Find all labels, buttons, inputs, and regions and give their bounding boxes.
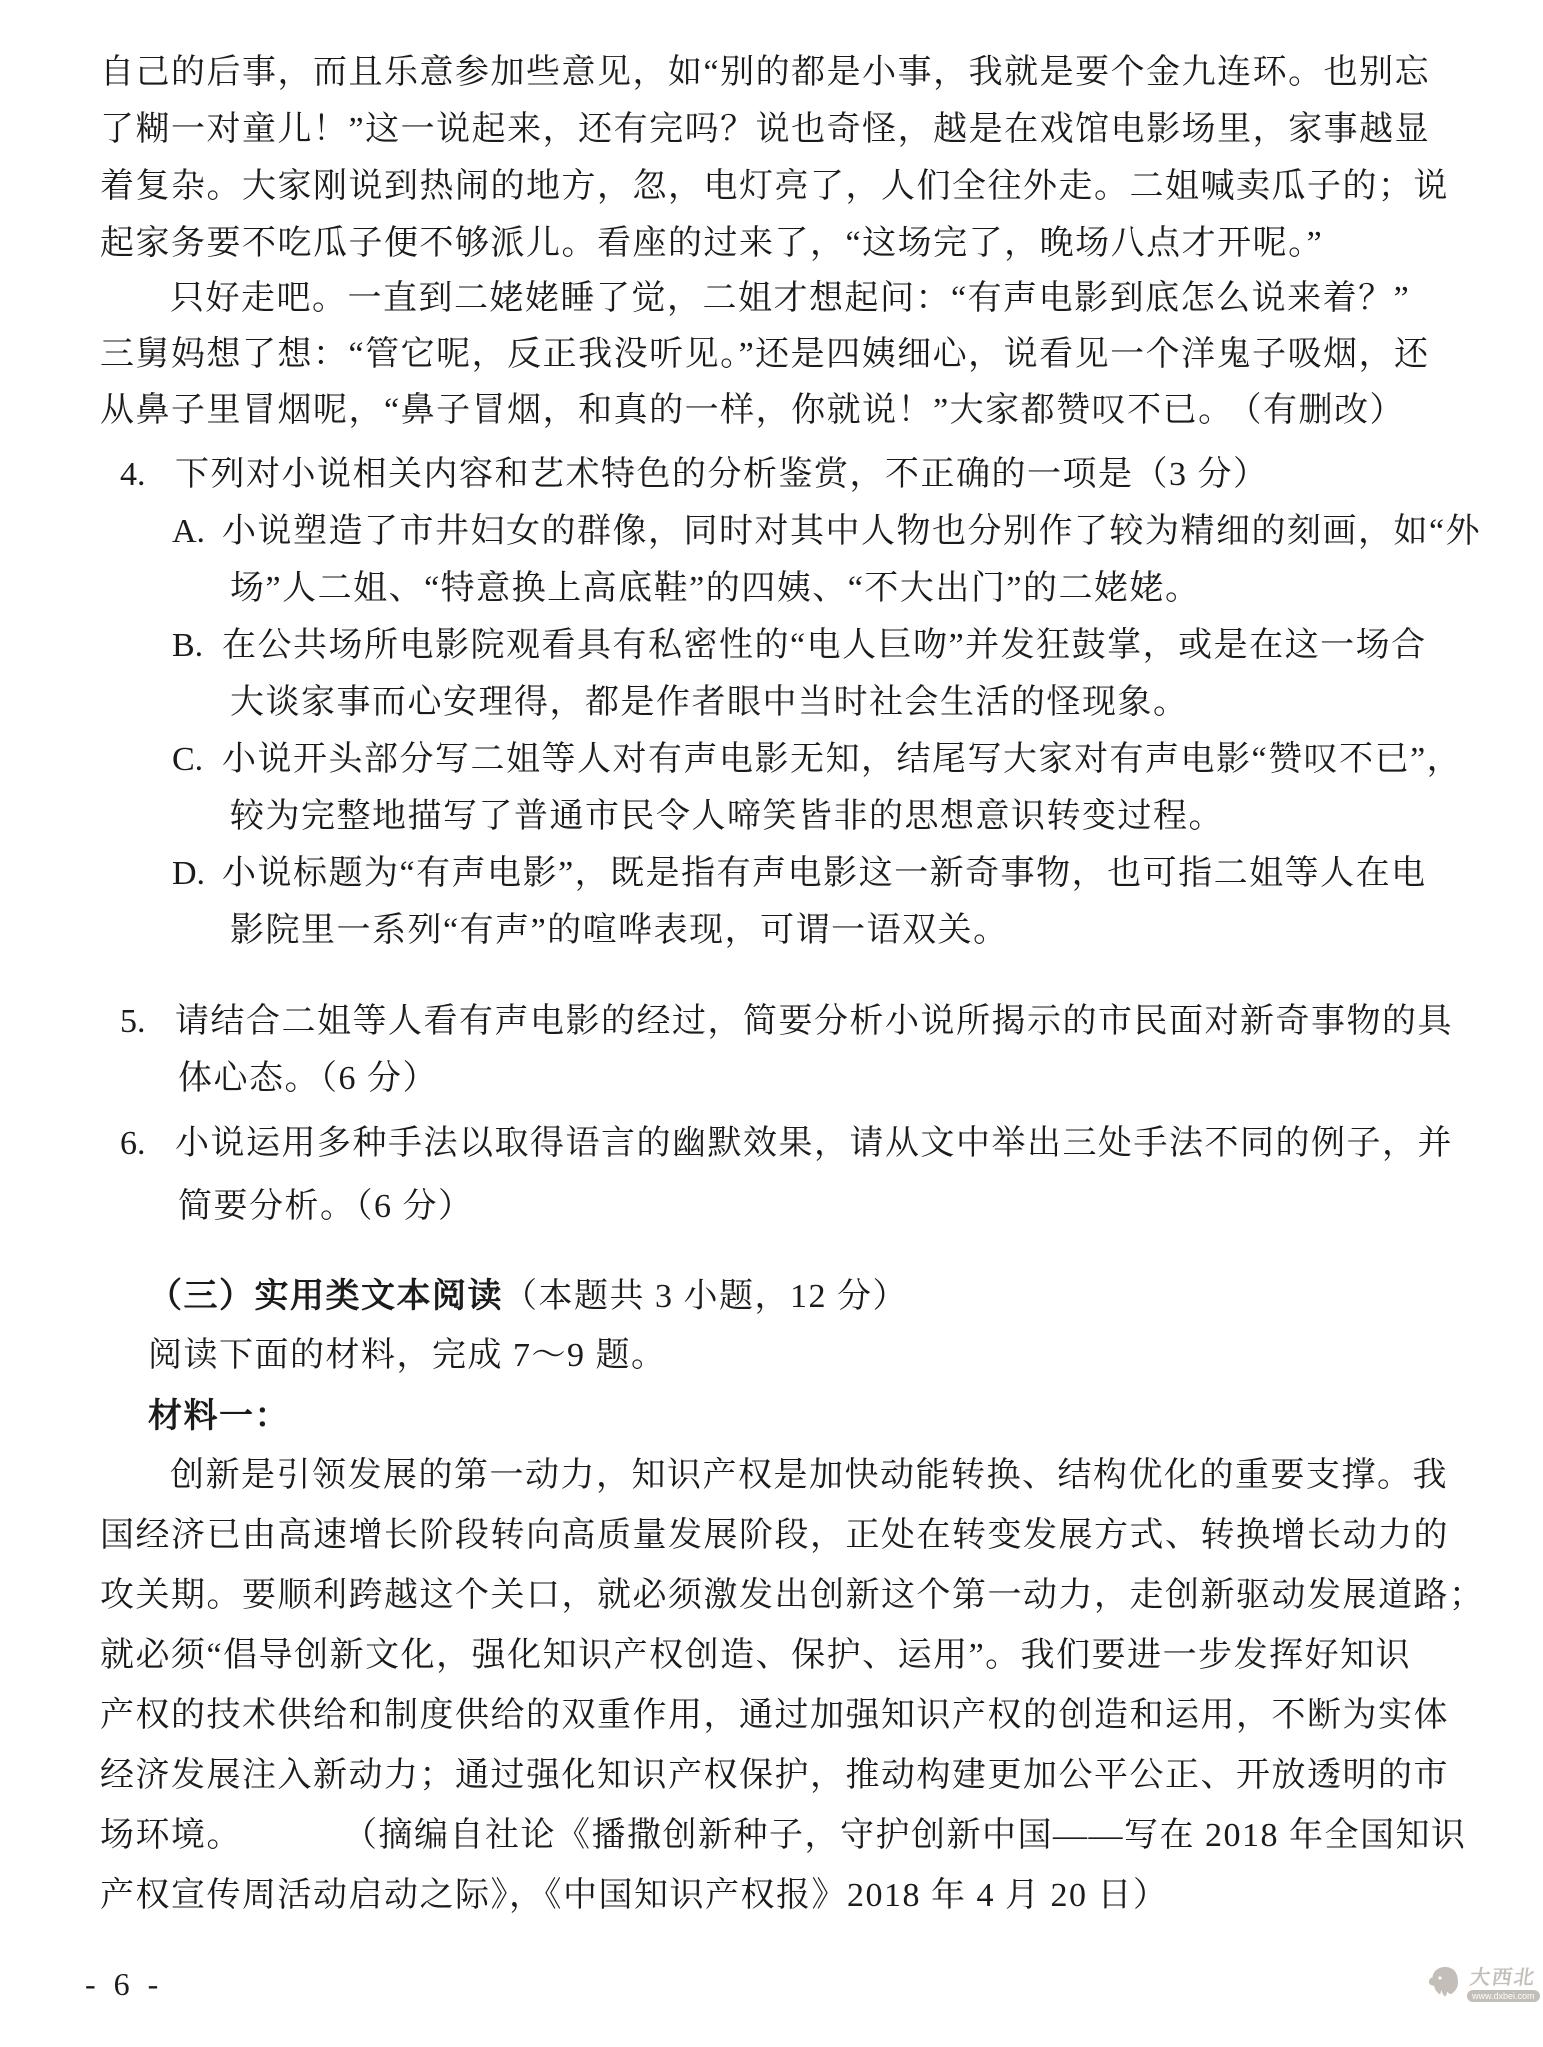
question-4-option-b-line2: 大谈家事而心安理得，都是作者眼中当时社会生活的怪现象。	[230, 682, 1189, 724]
passage-p2-line3: 从鼻子里冒烟呢，“鼻子冒烟，和真的一样，你就说！”大家都赞叹不已。 （有删改）	[100, 390, 1455, 432]
material-1-citation-line1: （摘编自社论《播撒创新种子，守护创新中国——写在 2018 年全国知识	[360, 1817, 1467, 1854]
question-6-line1: 6.小说运用多种手法以取得语言的幽默效果，请从文中举出三处手法不同的例子，并	[120, 1123, 1453, 1165]
passage-p1-line4: 起家务要不吃瓜子便不够派儿。看座的过来了，“这场完了，晚场八点才开呢。”	[100, 223, 1323, 265]
option-c-text1: 小说开头部分写二姐等人对有声电影无知，结尾写大家对有声电影“赞叹不已”，	[222, 741, 1462, 778]
edit-note: （有删改）	[1228, 390, 1406, 432]
watermark: 大西北 www.dxbei.com	[1426, 1963, 1540, 2006]
material-1-line5: 产权的技术供给和制度供给的双重作用，通过加强知识产权的创造和运用，不断为实体	[100, 1695, 1449, 1737]
question-6-text1: 小说运用多种手法以取得语言的幽默效果，请从文中举出三处手法不同的例子，并	[175, 1125, 1453, 1162]
page-number: - 6 -	[85, 1966, 163, 2003]
passage-p1-line1: 自己的后事，而且乐意参加些意见，如“别的都是小事，我就是要个金九连环。也别忘	[100, 52, 1430, 94]
material-1-line3: 攻关期。要顺利跨越这个关口，就必须激发出创新这个第一动力，走创新驱动发展道路；	[100, 1575, 1485, 1617]
option-c-label: C.	[172, 739, 222, 781]
option-b-label: B.	[172, 625, 222, 667]
passage-p2-line2: 三舅妈想了想：“管它呢，反正我没听见。”还是四姨细心，说看见一个洋鬼子吸烟，还	[100, 334, 1430, 376]
question-4-option-c-line1: C.小说开头部分写二姐等人对有声电影无知，结尾写大家对有声电影“赞叹不已”，	[172, 739, 1462, 781]
question-6-number: 6.	[120, 1123, 175, 1165]
question-5-line2: 体心态。（6 分）	[178, 1058, 438, 1100]
passage-p1-line3: 着复杂。大家刚说到热闹的地方，忽，电灯亮了，人们全往外走。二姐喊卖瓜子的；说	[100, 166, 1449, 208]
material-1-line6: 经济发展注入新动力；通过强化知识产权保护，推动构建更加公平公正、开放透明的市	[100, 1755, 1449, 1797]
watermark-brand-text: 大西北	[1469, 1968, 1538, 1988]
option-d-text1: 小说标题为“有声电影”，既是指有声电影这一新奇事物，也可指二姐等人在电	[222, 855, 1427, 892]
material-1-line7: 场环境。（摘编自社论《播撒创新种子，守护创新中国——写在 2018 年全国知识	[100, 1815, 1467, 1857]
passage-p2-line1: 只好走吧。一直到二姥姥睡了觉，二姐才想起问：“有声电影到底怎么说来着？”	[170, 278, 1410, 320]
option-a-label: A.	[172, 511, 222, 553]
elephant-icon	[1426, 1963, 1464, 2006]
watermark-url: www.dxbei.com	[1467, 1990, 1540, 2002]
option-a-text1: 小说塑造了市井妇女的群像，同时对其中人物也分别作了较为精细的刻画，如“外	[222, 513, 1481, 550]
question-4-option-a-line1: A.小说塑造了市井妇女的群像，同时对其中人物也分别作了较为精细的刻画，如“外	[172, 511, 1481, 553]
question-5-line1: 5.请结合二姐等人看有声电影的经过，简要分析小说所揭示的市民面对新奇事物的具	[120, 1001, 1453, 1043]
material-1-line2: 国经济已由高速增长阶段转向高质量发展阶段，正处在转变发展方式、转换增长动力的	[100, 1515, 1449, 1557]
section-3-meta: （本题共 3 小题，12 分）	[503, 1278, 908, 1315]
question-4-option-b-line1: B.在公共场所电影院观看具有私密性的“电人巨吻”并发狂鼓掌，或是在这一场合	[172, 625, 1427, 667]
section-3-instruction: 阅读下面的材料，完成 7～9 题。	[148, 1335, 667, 1377]
question-4-option-c-line2: 较为完整地描写了普通市民令人啼笑皆非的思想意识转变过程。	[230, 796, 1224, 838]
option-d-label: D.	[172, 853, 222, 895]
question-4-option-d-line2: 影院里一系列“有声”的喧哗表现，可谓一语双关。	[230, 910, 1009, 952]
passage-p2-line3-text: 从鼻子里冒烟呢，“鼻子冒烟，和真的一样，你就说！”大家都赞叹不已。	[100, 392, 1234, 429]
question-4-option-d-line1: D.小说标题为“有声电影”，既是指有声电影这一新奇事物，也可指二姐等人在电	[172, 853, 1427, 895]
material-1-citation-line2: 产权宣传周活动启动之际》，《中国知识产权报》2018 年 4 月 20 日）	[100, 1875, 1169, 1917]
question-5-number: 5.	[120, 1001, 175, 1043]
question-4-stem-text: 下列对小说相关内容和艺术特色的分析鉴赏，不正确的一项是（3 分）	[175, 456, 1269, 493]
section-3-header: （三）实用类文本阅读（本题共 3 小题，12 分）	[148, 1276, 908, 1318]
section-3-title: （三）实用类文本阅读	[148, 1278, 503, 1315]
question-4-option-a-line2: 场”人二姐、“特意换上高底鞋”的四姨、“不大出门”的二姥姥。	[230, 568, 1200, 610]
material-1-line4: 就必须“倡导创新文化，强化知识产权创造、保护、运用”。我们要进一步发挥好知识	[100, 1635, 1411, 1677]
material-1-line1: 创新是引领发展的第一动力，知识产权是加快动能转换、结构优化的重要支撑。我	[170, 1455, 1448, 1497]
question-4-number: 4.	[120, 454, 175, 496]
exam-page: 自己的后事，而且乐意参加些意见，如“别的都是小事，我就是要个金九连环。也别忘 了…	[0, 0, 1543, 2047]
option-b-text1: 在公共场所电影院观看具有私密性的“电人巨吻”并发狂鼓掌，或是在这一场合	[222, 627, 1427, 664]
question-5-text1: 请结合二姐等人看有声电影的经过，简要分析小说所揭示的市民面对新奇事物的具	[175, 1003, 1453, 1040]
question-4-stem: 4.下列对小说相关内容和艺术特色的分析鉴赏，不正确的一项是（3 分）	[120, 454, 1269, 496]
material-1-label: 材料一：	[148, 1396, 290, 1438]
passage-p1-line2: 了糊一对童儿！”这一说起来，还有完吗？说也奇怪，越是在戏馆电影场里，家事越显	[100, 109, 1430, 151]
material-1-line7-text: 场环境。	[100, 1817, 242, 1854]
question-6-line2: 简要分析。（6 分）	[178, 1186, 474, 1228]
